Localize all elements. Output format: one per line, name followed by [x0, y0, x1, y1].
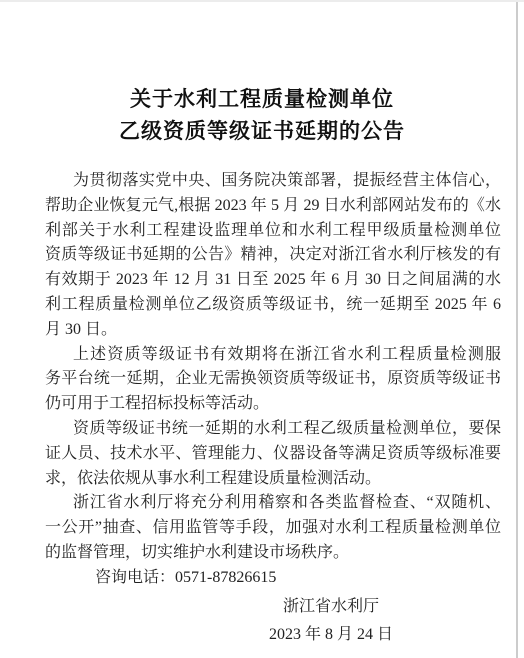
paragraph-1: 为贯彻落实党中央、国务院决策部署，提振经营主体信心， 帮助企业恢复元气,根据 2…	[45, 169, 501, 343]
paragraph-2-line: 务平台统一延期，企业无需换领资质等级证书，原资质等级证书	[45, 367, 501, 392]
paragraph-1-line: 利部关于水利工程建设监理单位和水利工程甲级质量检测单位	[45, 219, 501, 244]
paragraph-2-line: 仍可用于工程招标投标等活动。	[45, 392, 501, 417]
document-title: 关于水利工程质量检测单位 乙级资质等级证书延期的公告	[0, 84, 524, 148]
paragraph-1-line: 为贯彻落实党中央、国务院决策部署，提振经营主体信心，	[45, 169, 501, 194]
paragraph-3-line: 求，依法依规从事水利工程建设质量检测活动。	[45, 467, 501, 492]
paragraph-3: 资质等级证书统一延期的水利工程乙级质量检测单位，要保 证人员、技术水平、管理能力…	[45, 417, 501, 491]
signature-org: 浙江省水利厅	[245, 593, 417, 621]
paragraph-1-line: 利工程质量检测单位乙级资质等级证书，统一延期至 2025 年 6	[45, 293, 501, 318]
document-body: 为贯彻落实党中央、国务院决策部署，提振经营主体信心， 帮助企业恢复元气,根据 2…	[0, 169, 524, 649]
paragraph-3-line: 资质等级证书统一延期的水利工程乙级质量检测单位，要保	[45, 417, 501, 442]
document-page: 关于水利工程质量检测单位 乙级资质等级证书延期的公告 为贯彻落实党中央、国务院决…	[0, 0, 524, 658]
paragraph-1-line: 资质等级证书延期的公告》精神，决定对浙江省水利厅核发的有	[45, 243, 501, 268]
document-title-line-2: 乙级资质等级证书延期的公告	[0, 116, 524, 148]
page-right-edge	[516, 2, 518, 658]
paragraph-2: 上述资质等级证书有效期将在浙江省水利工程质量检测服 务平台统一延期，企业无需换领…	[45, 343, 501, 417]
paragraph-4: 浙江省水利厅将充分利用稽察和各类监督检查、“双随机、 一公开”抽查、信用监管等手…	[45, 491, 501, 565]
contact-phone: 咨询电话：0571-87826615	[45, 566, 501, 591]
paragraph-2-line: 上述资质等级证书有效期将在浙江省水利工程质量检测服	[45, 343, 501, 368]
paragraph-1-line: 月 30 日。	[45, 318, 501, 343]
paragraph-1-line: 有效期于 2023 年 12 月 31 日至 2025 年 6 月 30 日之间…	[45, 268, 501, 293]
page-top-edge	[0, 0, 524, 2]
document-title-line-1: 关于水利工程质量检测单位	[0, 84, 524, 116]
paragraph-4-line: 的监督管理，切实维护水利建设市场秩序。	[45, 541, 501, 566]
signature-block: 浙江省水利厅 2023 年 8 月 24 日	[245, 593, 417, 649]
signature-date: 2023 年 8 月 24 日	[245, 621, 417, 649]
paragraph-4-line: 浙江省水利厅将充分利用稽察和各类监督检查、“双随机、	[45, 491, 501, 516]
paragraph-1-line: 帮助企业恢复元气,根据 2023 年 5 月 29 日水利部网站发布的《水	[45, 194, 501, 219]
paragraph-4-line: 一公开”抽查、信用监管等手段，加强对水利工程质量检测单位	[45, 516, 501, 541]
paragraph-3-line: 证人员、技术水平、管理能力、仪器设备等满足资质等级标准要	[45, 442, 501, 467]
